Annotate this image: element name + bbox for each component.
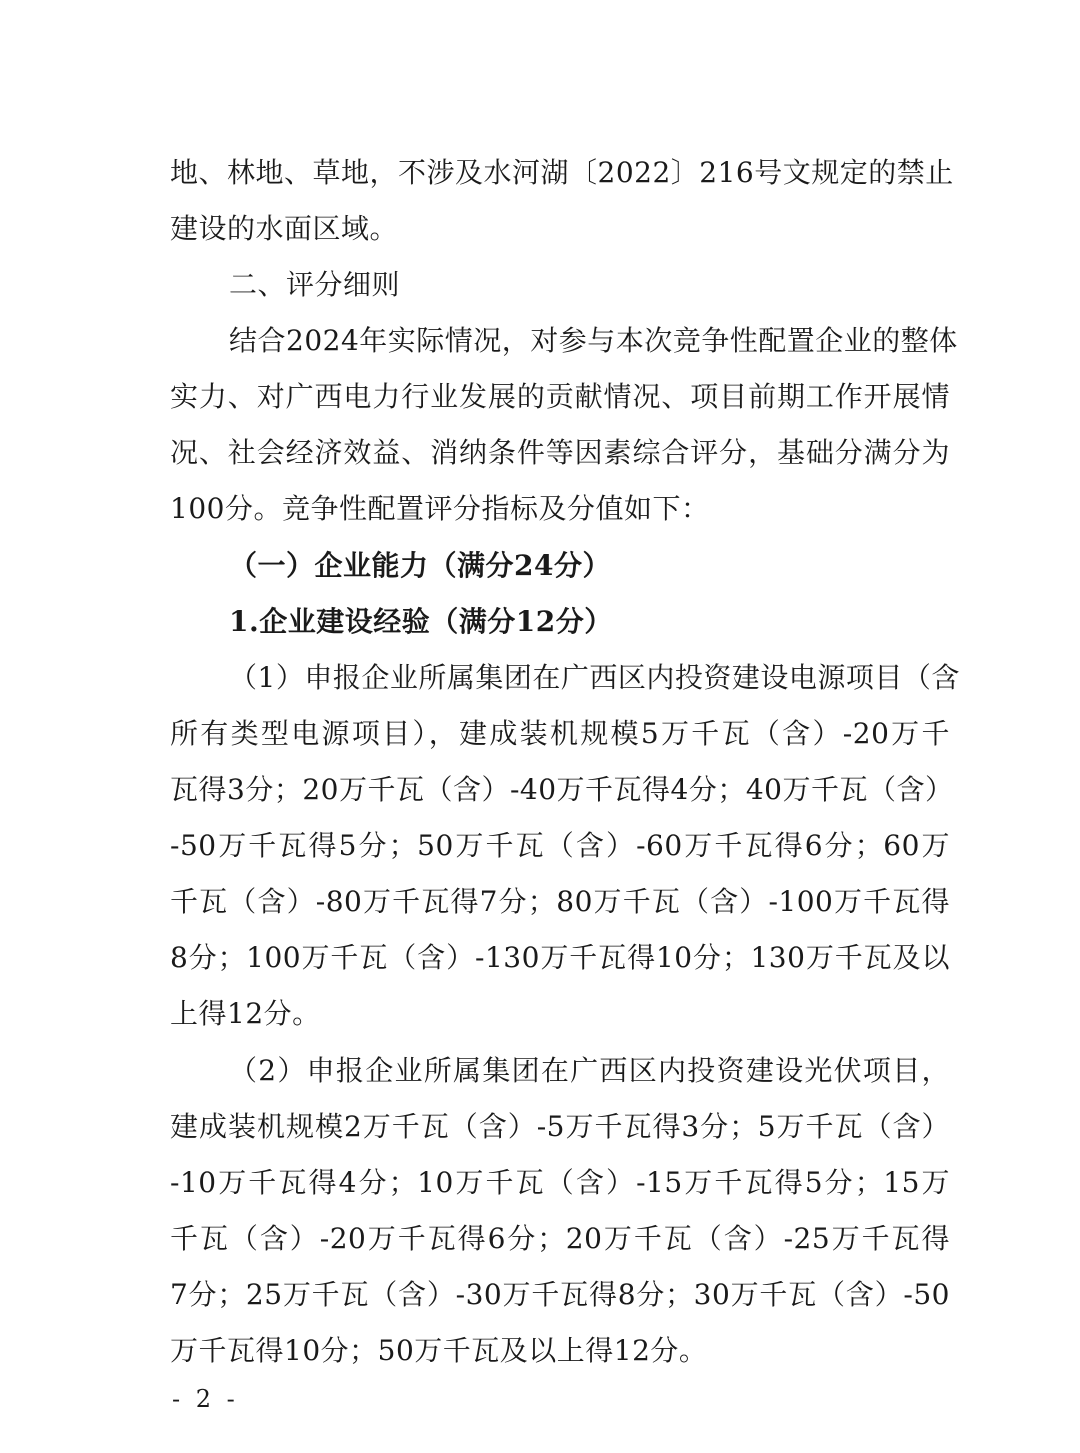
body-text-line: 上得12分。: [170, 994, 950, 1034]
body-text-line: （1）申报企业所属集团在广西区内投资建设电源项目（含: [229, 658, 950, 698]
body-text-line: 7分；25万千瓦（含）-30万千瓦得8分；30万千瓦（含）-50: [170, 1275, 950, 1315]
body-text-line: 100分。竞争性配置评分指标及分值如下：: [170, 489, 950, 529]
body-text-line: 建设的水面区域。: [170, 209, 950, 249]
body-text-line: 万千瓦得10分；50万千瓦及以上得12分。: [170, 1331, 950, 1371]
body-text-line: -50万千瓦得5分；50万千瓦（含）-60万千瓦得6分；60万: [170, 826, 950, 866]
body-text-line: 况、社会经济效益、消纳条件等因素综合评分，基础分满分为: [170, 433, 950, 473]
body-text-line: 千瓦（含）-20万千瓦得6分；20万千瓦（含）-25万千瓦得: [170, 1219, 950, 1259]
body-text-line: -10万千瓦得4分；10万千瓦（含）-15万千瓦得5分；15万: [170, 1163, 950, 1203]
body-text-line: 地、林地、草地，不涉及水河湖〔2022〕216号文规定的禁止: [170, 153, 950, 193]
subsection-heading: （一）企业能力（满分24分）: [229, 546, 950, 586]
body-text-line: 8分；100万千瓦（含）-130万千瓦得10分；130万千瓦及以: [170, 938, 950, 978]
body-text-line: （2）申报企业所属集团在广西区内投资建设光伏项目，: [229, 1051, 950, 1091]
body-text-line: 结合2024年实际情况，对参与本次竞争性配置企业的整体: [229, 321, 950, 361]
page-number: - 2 -: [172, 1383, 239, 1415]
document-page: 地、林地、草地，不涉及水河湖〔2022〕216号文规定的禁止 建设的水面区域。 …: [0, 0, 1080, 1453]
body-text-line: 实力、对广西电力行业发展的贡献情况、项目前期工作开展情: [170, 377, 950, 417]
body-text-line: 千瓦（含）-80万千瓦得7分；80万千瓦（含）-100万千瓦得: [170, 882, 950, 922]
body-text-line: 瓦得3分；20万千瓦（含）-40万千瓦得4分；40万千瓦（含）: [170, 770, 950, 810]
body-text-line: 建成装机规模2万千瓦（含）-5万千瓦得3分；5万千瓦（含）: [170, 1107, 950, 1147]
body-text-line: 所有类型电源项目），建成装机规模5万千瓦（含）-20万千: [170, 714, 950, 754]
item-heading: 1.企业建设经验（满分12分）: [229, 602, 950, 642]
section-heading: 二、评分细则: [229, 265, 950, 305]
